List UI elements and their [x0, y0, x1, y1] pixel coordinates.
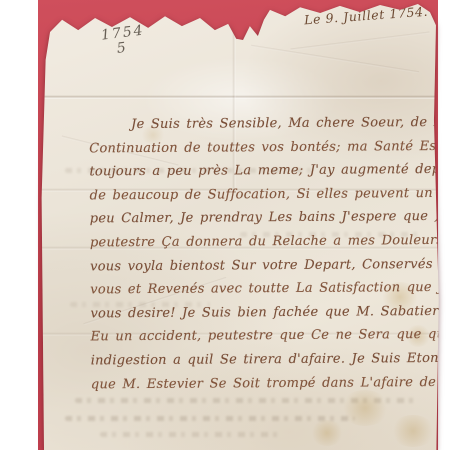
stain-spot	[390, 415, 436, 447]
stain-spot	[340, 390, 390, 426]
letter-line: peu Calmer, Je prendray Les bains J'espe…	[90, 205, 442, 231]
stain-spot	[310, 420, 344, 446]
date-line: Le 9. Juillet 1754.	[303, 4, 428, 28]
letter-line: Je Suis très Sensible, Ma chere Soeur, d…	[89, 111, 442, 137]
letter-line: peutestre Ça donnera du Relache a mes Do…	[90, 229, 442, 255]
fold-crease-horizontal	[40, 95, 442, 99]
letter-paper: 1754 5 Le 9. Juillet 1754. Je Suis très …	[40, 0, 442, 450]
letter-line: vous voyla bientost Sur votre Depart, Co…	[90, 252, 442, 278]
letter-line: de beaucoup de Suffocation, Si elles peu…	[90, 181, 442, 207]
showthrough-line	[65, 416, 355, 421]
letter-line: que M. Estevier Se Soit trompé dans L'af…	[91, 370, 442, 396]
photo-frame: 1754 5 Le 9. Juillet 1754. Je Suis très …	[0, 0, 450, 450]
pencil-annotation: 1754 5	[100, 23, 147, 58]
letter-body: Je Suis très Sensible, Ma chere Soeur, d…	[89, 111, 442, 397]
showthrough-line	[100, 432, 280, 437]
wrinkle-line	[290, 31, 429, 50]
wrinkle-line	[251, 45, 419, 74]
letter-line: Continuation de touttes vos bontés; ma S…	[89, 134, 442, 160]
paper-shadow-wrap: 1754 5 Le 9. Juillet 1754. Je Suis très …	[0, 0, 450, 450]
letter-line: vous desire! Je Suis bien fachée que M. …	[90, 299, 442, 325]
letter-line: vous et Revenés avec toutte La Satisfact…	[90, 276, 442, 302]
letter-line: indigestion a quil Se tirera d'afaire. J…	[91, 347, 442, 373]
letter-line: toujours a peu près La meme; J'ay augmen…	[89, 158, 442, 184]
letter-line: Eu un accident, peutestre que Ce ne Sera…	[90, 323, 442, 349]
